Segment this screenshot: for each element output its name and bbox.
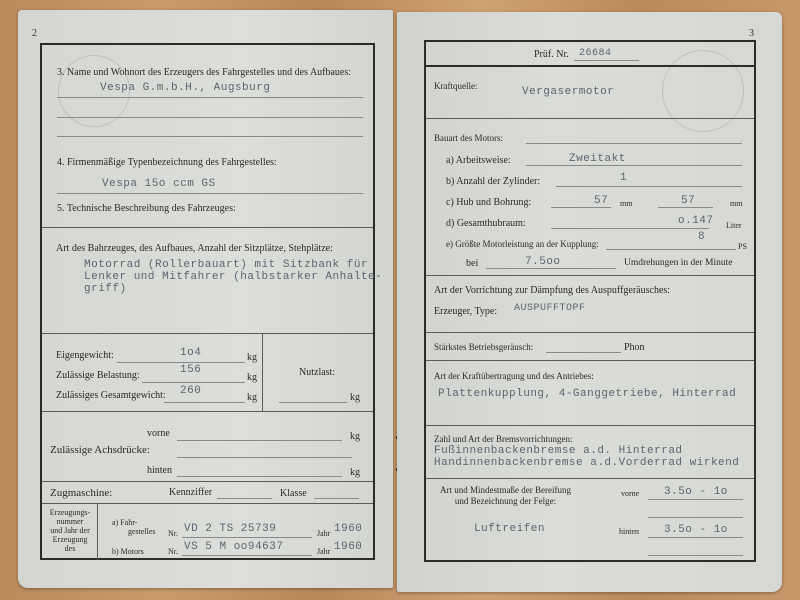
field-line bbox=[314, 498, 359, 499]
unit-mm: mm bbox=[620, 199, 632, 208]
exhaust-maker-label: Erzeuger, Type: bbox=[434, 306, 497, 317]
brakes-line-2: Handinnenbackenbremse a.d.Vorderrad wirk… bbox=[434, 457, 739, 469]
field-line bbox=[182, 537, 312, 538]
brakes-label: Zahl und Art der Bremsvorrichtungen: bbox=[434, 434, 572, 444]
unit-kg: kg bbox=[247, 352, 257, 363]
exhaust-label: Art der Vorrichtung zur Dämpfung des Aus… bbox=[434, 285, 670, 296]
production-label-line: und Jahr der bbox=[46, 526, 94, 535]
class-label: Klasse bbox=[280, 488, 307, 499]
production-label-line: Erzeugungs- bbox=[46, 508, 94, 517]
vehicle-type-line-2: Lenker und Mitfahrer (halbstarker Anhalt… bbox=[84, 271, 382, 283]
field-line bbox=[526, 165, 742, 166]
bore-value: 57 bbox=[681, 195, 695, 207]
field-line bbox=[164, 402, 245, 403]
cylinders-value: 1 bbox=[620, 172, 627, 184]
field-line bbox=[177, 440, 342, 441]
page-number: 2 bbox=[32, 28, 37, 39]
gesamtgewicht-value: 260 bbox=[180, 385, 201, 397]
field-line bbox=[142, 382, 245, 383]
tyres-label-line: und Bezeichnung der Felge: bbox=[440, 496, 571, 507]
rpm-value: 7.5oo bbox=[525, 256, 561, 268]
page-number: 3 bbox=[749, 28, 754, 39]
left-page: 2 3. Name und Wohnort des Erzeugers des … bbox=[18, 10, 393, 588]
axle-section: vorne kg Zulässige Achsdrücke: hinten kg bbox=[42, 412, 373, 482]
manufacturer-value: Vespa G.m.b.H., Augsburg bbox=[100, 82, 270, 94]
field-line bbox=[574, 60, 639, 61]
tyres-label: Art und Mindestmaße der Bereifung und Be… bbox=[440, 485, 571, 507]
code-label: Kennziffer bbox=[169, 487, 212, 498]
field-line bbox=[551, 207, 611, 208]
engine-year: 1960 bbox=[334, 541, 362, 553]
weights-section: Eigengewicht: 1o4 kg Zulässige Belastung… bbox=[42, 334, 373, 412]
field-line bbox=[526, 143, 742, 144]
nutzlast-label: Nutzlast: bbox=[299, 367, 335, 378]
engine-number: VS 5 M oo94637 bbox=[184, 541, 283, 553]
vehicle-type-label: Art des Bahrzeuges, des Aufbaues, Anzahl… bbox=[56, 243, 333, 254]
stroke-value: 57 bbox=[594, 195, 608, 207]
unit-kg: kg bbox=[350, 467, 360, 478]
manufacturer-section: 3. Name und Wohnort des Erzeugers des Fa… bbox=[42, 45, 373, 228]
vehicle-type-line-3: griff) bbox=[84, 283, 127, 295]
engine-year-label: Jahr bbox=[317, 547, 330, 556]
tyres-label-line: Art und Mindestmaße der Bereifung bbox=[440, 485, 571, 496]
tyre-front-label: vorne bbox=[621, 489, 639, 498]
axle-label: Zulässige Achsdrücke: bbox=[50, 444, 150, 456]
production-label: Erzeugungs- nummer und Jahr der Erzeugun… bbox=[46, 508, 94, 553]
tyre-rear-value: 3.5o - 1o bbox=[664, 524, 728, 536]
chassis-nr-label: Nr. bbox=[168, 529, 178, 538]
field-line bbox=[551, 228, 709, 229]
max-power-value: 8 bbox=[698, 231, 705, 243]
noise-section: Stärkstes Betriebsgeräusch: Phon bbox=[426, 333, 754, 361]
right-page: 3 Prüf. Nr. 26684 Kraftquelle: Vergaserm… bbox=[397, 12, 782, 592]
test-number-section: Prüf. Nr. 26684 bbox=[426, 42, 754, 67]
chassis-year-label: Jahr bbox=[317, 529, 330, 538]
unit-kg: kg bbox=[247, 392, 257, 403]
production-label-line: des bbox=[46, 544, 94, 553]
type-designation-value: Vespa 15o ccm GS bbox=[102, 178, 216, 190]
vehicle-type-section: Art des Bahrzeuges, des Aufbaues, Anzahl… bbox=[42, 228, 373, 334]
exhaust-section: Art der Vorrichtung zur Dämpfung des Aus… bbox=[426, 276, 754, 333]
field-line bbox=[217, 498, 272, 499]
field-line bbox=[182, 555, 312, 556]
engine-section: Bauart des Motors: a) Arbeitsweise: Zwei… bbox=[426, 119, 754, 276]
chassis-number: VD 2 TS 25739 bbox=[184, 523, 276, 535]
production-label-line: nummer bbox=[46, 517, 94, 526]
field-line bbox=[546, 352, 621, 353]
field-line bbox=[279, 402, 347, 403]
unit-liter: Liter bbox=[726, 221, 742, 230]
field-line bbox=[177, 457, 352, 458]
tyres-section: Art und Mindestmaße der Bereifung und Be… bbox=[426, 479, 754, 560]
displacement-label: d) Gesamthubraum: bbox=[446, 218, 526, 229]
section4-label: 4. Firmenmäßige Typenbezeichnung des Fah… bbox=[57, 157, 277, 168]
brakes-line-1: Fußinnenbackenbremse a.d. Hinterrad bbox=[434, 445, 683, 457]
divider bbox=[97, 504, 98, 560]
cylinders-label: b) Anzahl der Zylinder: bbox=[446, 176, 540, 187]
field-line bbox=[486, 268, 616, 269]
section5-label: 5. Technische Beschreibung des Fahrzeuge… bbox=[57, 203, 236, 214]
engine-label: b) Motors bbox=[112, 547, 144, 556]
drive-section: Art der Kraftübertragung und des Antrieb… bbox=[426, 361, 754, 426]
test-number-label: Prüf. Nr. bbox=[534, 49, 569, 60]
field-line bbox=[57, 193, 363, 194]
tyre-type-value: Luftreifen bbox=[474, 523, 545, 535]
production-label-line: Erzeugung bbox=[46, 535, 94, 544]
max-power-label: e) Größte Motorleistung an der Kupplung: bbox=[446, 239, 599, 249]
production-section: Erzeugungs- nummer und Jahr der Erzeugun… bbox=[42, 504, 373, 558]
noise-label: Stärkstes Betriebsgeräusch: bbox=[434, 342, 533, 352]
left-form-frame: 3. Name und Wohnort des Erzeugers des Fa… bbox=[40, 43, 375, 560]
power-source-value: Vergasermotor bbox=[522, 86, 614, 98]
unit-kg: kg bbox=[350, 431, 360, 442]
at-label: bei bbox=[466, 258, 478, 269]
field-line bbox=[57, 97, 363, 98]
right-form-frame: Prüf. Nr. 26684 Kraftquelle: Vergasermot… bbox=[424, 40, 756, 562]
field-line bbox=[57, 117, 363, 118]
section3-label: 3. Name und Wohnort des Erzeugers des Fa… bbox=[57, 67, 351, 78]
divider bbox=[262, 334, 263, 411]
field-line bbox=[648, 537, 743, 538]
field-line bbox=[658, 207, 713, 208]
chassis-label: a) Fahr- gestelles bbox=[112, 518, 156, 536]
field-line bbox=[648, 555, 743, 556]
stroke-bore-label: c) Hub und Bohrung: bbox=[446, 197, 531, 208]
displacement-value: o.147 bbox=[678, 215, 714, 227]
field-line bbox=[57, 136, 363, 137]
eigengewicht-label: Eigengewicht: bbox=[56, 350, 114, 361]
field-line bbox=[648, 517, 743, 518]
unit-kg: kg bbox=[247, 372, 257, 383]
engine-type-label: Bauart des Motors: bbox=[434, 133, 503, 143]
engine-nr-label: Nr. bbox=[168, 547, 178, 556]
test-number-value: 26684 bbox=[579, 48, 612, 59]
tyre-rear-label: hinten bbox=[619, 527, 639, 536]
brakes-section: Zahl und Art der Bremsvorrichtungen: Fuß… bbox=[426, 426, 754, 479]
drive-label: Art der Kraftübertragung und des Antrieb… bbox=[434, 371, 594, 381]
field-line bbox=[606, 249, 736, 250]
power-source-section: Kraftquelle: Vergasermotor bbox=[426, 67, 754, 119]
tyre-front-value: 3.5o - 1o bbox=[664, 486, 728, 498]
chassis-year: 1960 bbox=[334, 523, 362, 535]
unit-kg: kg bbox=[350, 392, 360, 403]
field-line bbox=[556, 186, 742, 187]
unit-mm: mm bbox=[730, 199, 742, 208]
unit-ps: PS bbox=[738, 242, 747, 251]
field-line bbox=[648, 499, 743, 500]
field-line bbox=[117, 362, 245, 363]
unit-phon: Phon bbox=[624, 342, 645, 353]
field-line bbox=[177, 476, 342, 477]
working-principle-label: a) Arbeitsweise: bbox=[446, 155, 511, 166]
chassis-label-line: a) Fahr- bbox=[112, 518, 156, 527]
eigengewicht-value: 1o4 bbox=[180, 347, 201, 359]
vehicle-type-line-1: Motorrad (Rollerbauart) mit Sitzbank für bbox=[84, 259, 368, 271]
axle-front-label: vorne bbox=[147, 428, 170, 439]
belastung-label: Zulässige Belastung: bbox=[56, 370, 140, 381]
tractor-label: Zugmaschine: bbox=[50, 487, 112, 499]
exhaust-maker-value: AUSPUFFTOPF bbox=[514, 303, 586, 314]
rpm-unit: Umdrehungen in der Minute bbox=[624, 258, 732, 268]
tractor-section: Zugmaschine: Kennziffer Klasse bbox=[42, 482, 373, 504]
power-source-label: Kraftquelle: bbox=[434, 81, 477, 91]
belastung-value: 156 bbox=[180, 364, 201, 376]
gesamtgewicht-label: Zulässiges Gesamtgewicht: bbox=[56, 390, 166, 401]
working-principle-value: Zweitakt bbox=[569, 153, 626, 165]
chassis-label-line: gestelles bbox=[112, 527, 156, 536]
axle-rear-label: hinten bbox=[147, 465, 172, 476]
drive-value: Plattenkupplung, 4-Ganggetriebe, Hinterr… bbox=[438, 388, 736, 400]
